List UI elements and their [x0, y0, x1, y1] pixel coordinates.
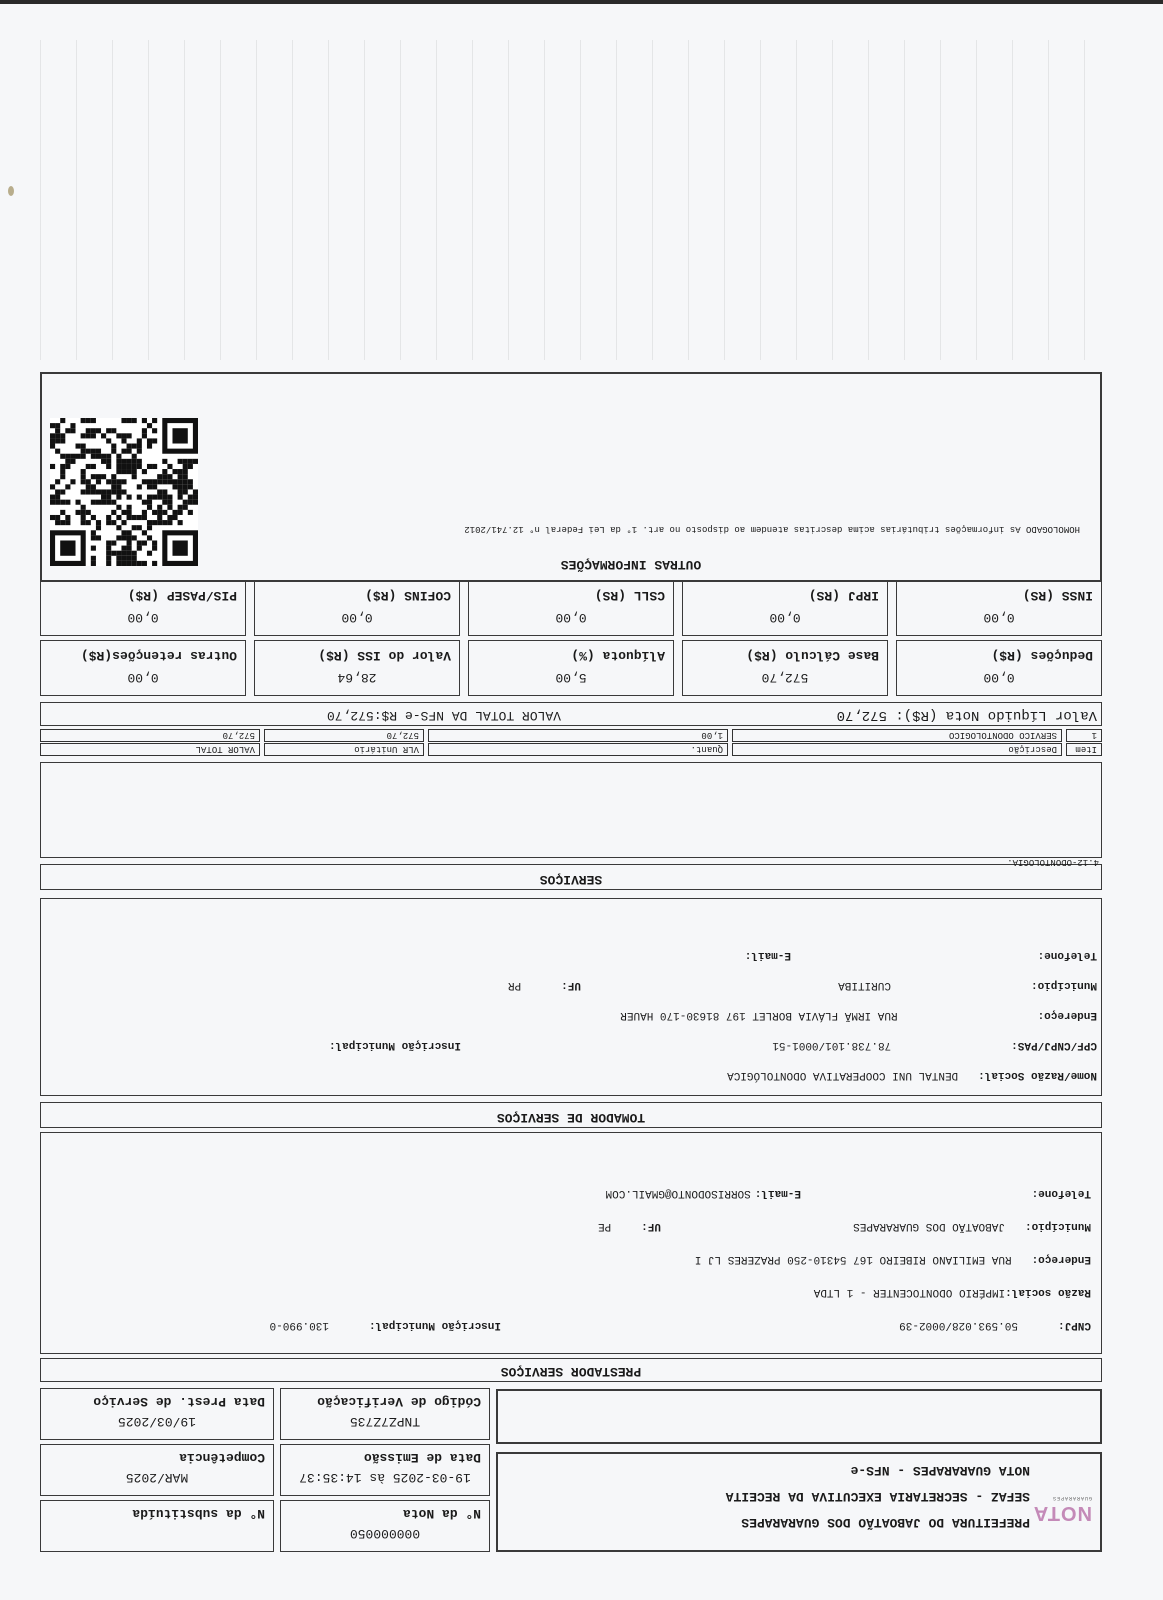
valor-total: 572,70: [327, 708, 374, 723]
table-cell: SERVICO ODONTOLOGICO: [732, 729, 1062, 742]
tomador-box: Nome/Razão Social:DENTAL UNI COOPERATIVA…: [40, 898, 1102, 1096]
prestador-box: CNPJ:50.593.028/0002-39 Inscrição Munici…: [40, 1132, 1102, 1354]
valor-box: Valor Líquido Nota (R$): 572,70 VALOR TO…: [40, 702, 1102, 726]
nfse-document: NOTA GUARARAPES PREFEITURA DO JABOATÃO D…: [40, 372, 1102, 1552]
table-header-cell: Descrição: [732, 743, 1062, 756]
table-cell: 572,70: [40, 729, 260, 742]
tomador-cpf-cnpj: 78.738.101/0001-51: [772, 1039, 891, 1051]
servico-codigo: 4.12-ODONTOLOGIA.: [1007, 857, 1099, 867]
table-header-cell: VLR Unitário: [264, 743, 424, 756]
qr-code-icon[interactable]: [50, 418, 198, 566]
prestador-uf: PE: [598, 1220, 611, 1232]
valor-liquido: 572,70: [837, 707, 887, 723]
header-line-prefeitura: PREFEITURA DO JABOATÃO DOS GUARARAPES: [741, 1515, 1030, 1530]
tax-field: Alíquota (%)5,00: [468, 640, 674, 696]
homologado-text: HOMOLOGADO As informações tributárias ac…: [464, 524, 1080, 534]
field-codigo-verificacao: Código de Verificação TNPZ7Z735: [280, 1388, 490, 1440]
prestador-razao-social: IMPÉRIO ODONTOCENTER - 1 LTDA: [814, 1286, 1005, 1298]
table-cell: 1: [1066, 729, 1102, 742]
header-box: NOTA GUARARAPES PREFEITURA DO JABOATÃO D…: [496, 1452, 1102, 1552]
servicos-section-header: SERVIÇOS: [40, 864, 1102, 890]
tax-field: CSLL (RS)0,00: [468, 580, 674, 636]
tax-field: INSS (RS)0,00: [896, 580, 1102, 636]
header-line-nota: NOTA GUARARAPES - NFS-e: [851, 1463, 1030, 1478]
tax-field: Deduções (R$)0,00: [896, 640, 1102, 696]
table-header-cell: VALOR TOTAL: [40, 743, 260, 756]
header-line-sefaz: SEFAZ - SECRETARIA EXECUTIVA DA RECEITA: [726, 1489, 1030, 1504]
bleed-through-background: [40, 40, 1120, 360]
table-cell: 572,70: [264, 729, 424, 742]
tax-field: PIS/PASEP (R$)0,00: [40, 580, 246, 636]
prestador-email: SORRISODONTO@GMAIL.COM: [606, 1187, 751, 1199]
prestador-im: 130.990-0: [270, 1319, 329, 1331]
table-header-cell: Item: [1066, 743, 1102, 756]
tax-field: Valor do ISS (R$)28,64: [254, 640, 460, 696]
field-competencia: Competência MAR/2025: [40, 1444, 274, 1496]
tomador-endereco: RUA IRMÃ FLÁVIA BORLET 197 81630-170 HAU…: [620, 1009, 897, 1021]
tomador-nome: DENTAL UNI COOPERATIVA ODONTOLÓGICA: [727, 1069, 958, 1081]
nota-guararapes-logo: NOTA GUARARAPES: [1032, 1484, 1092, 1524]
field-data-emissao: Data de Emissão 19-03-2025 às 14:35:37: [280, 1444, 490, 1496]
field-data-prestacao: Data Prest. de Serviço 19/03/2025: [40, 1388, 274, 1440]
table-header-cell: Quant.: [428, 743, 728, 756]
tax-field: Outras retenções(R$)0,00: [40, 640, 246, 696]
prestador-endereco: RUA EMILIANO RIBEIRO 167 54310-250 PRAZE…: [695, 1253, 1012, 1265]
tomador-section-header: TOMADOR DE SERVIÇOS: [40, 1102, 1102, 1128]
servicos-description-box: 4.12-ODONTOLOGIA.: [40, 762, 1102, 858]
punch-hole-mark: [8, 186, 14, 196]
tax-field: COFINS (R$)0,00: [254, 580, 460, 636]
prestador-section-header: PRESTADOR SERVIÇOS: [40, 1358, 1102, 1382]
tax-field: Base Cálculo (R$)572,70: [682, 640, 888, 696]
field-numero-substituida: N° da substituída: [40, 1500, 274, 1552]
tomador-uf: PR: [508, 979, 521, 991]
outras-informacoes-title: OUTRAS INFORMAÇÕES: [42, 557, 1163, 572]
tax-field: IRPJ (RS)0,00: [682, 580, 888, 636]
header-blank-box: [496, 1389, 1102, 1444]
prestador-cnpj: 50.593.028/0002-39: [899, 1319, 1018, 1331]
scan-edge: [0, 0, 1163, 4]
field-numero-nota: N° da Nota 000000050: [280, 1500, 490, 1552]
table-cell: 1,00: [428, 729, 728, 742]
prestador-municipio: JABOATÃO DOS GUARARAPES: [853, 1220, 1005, 1232]
tomador-municipio: CURITIBA: [838, 979, 891, 991]
outras-informacoes-box: OUTRAS INFORMAÇÕES HOMOLOGADO As informa…: [40, 372, 1102, 582]
